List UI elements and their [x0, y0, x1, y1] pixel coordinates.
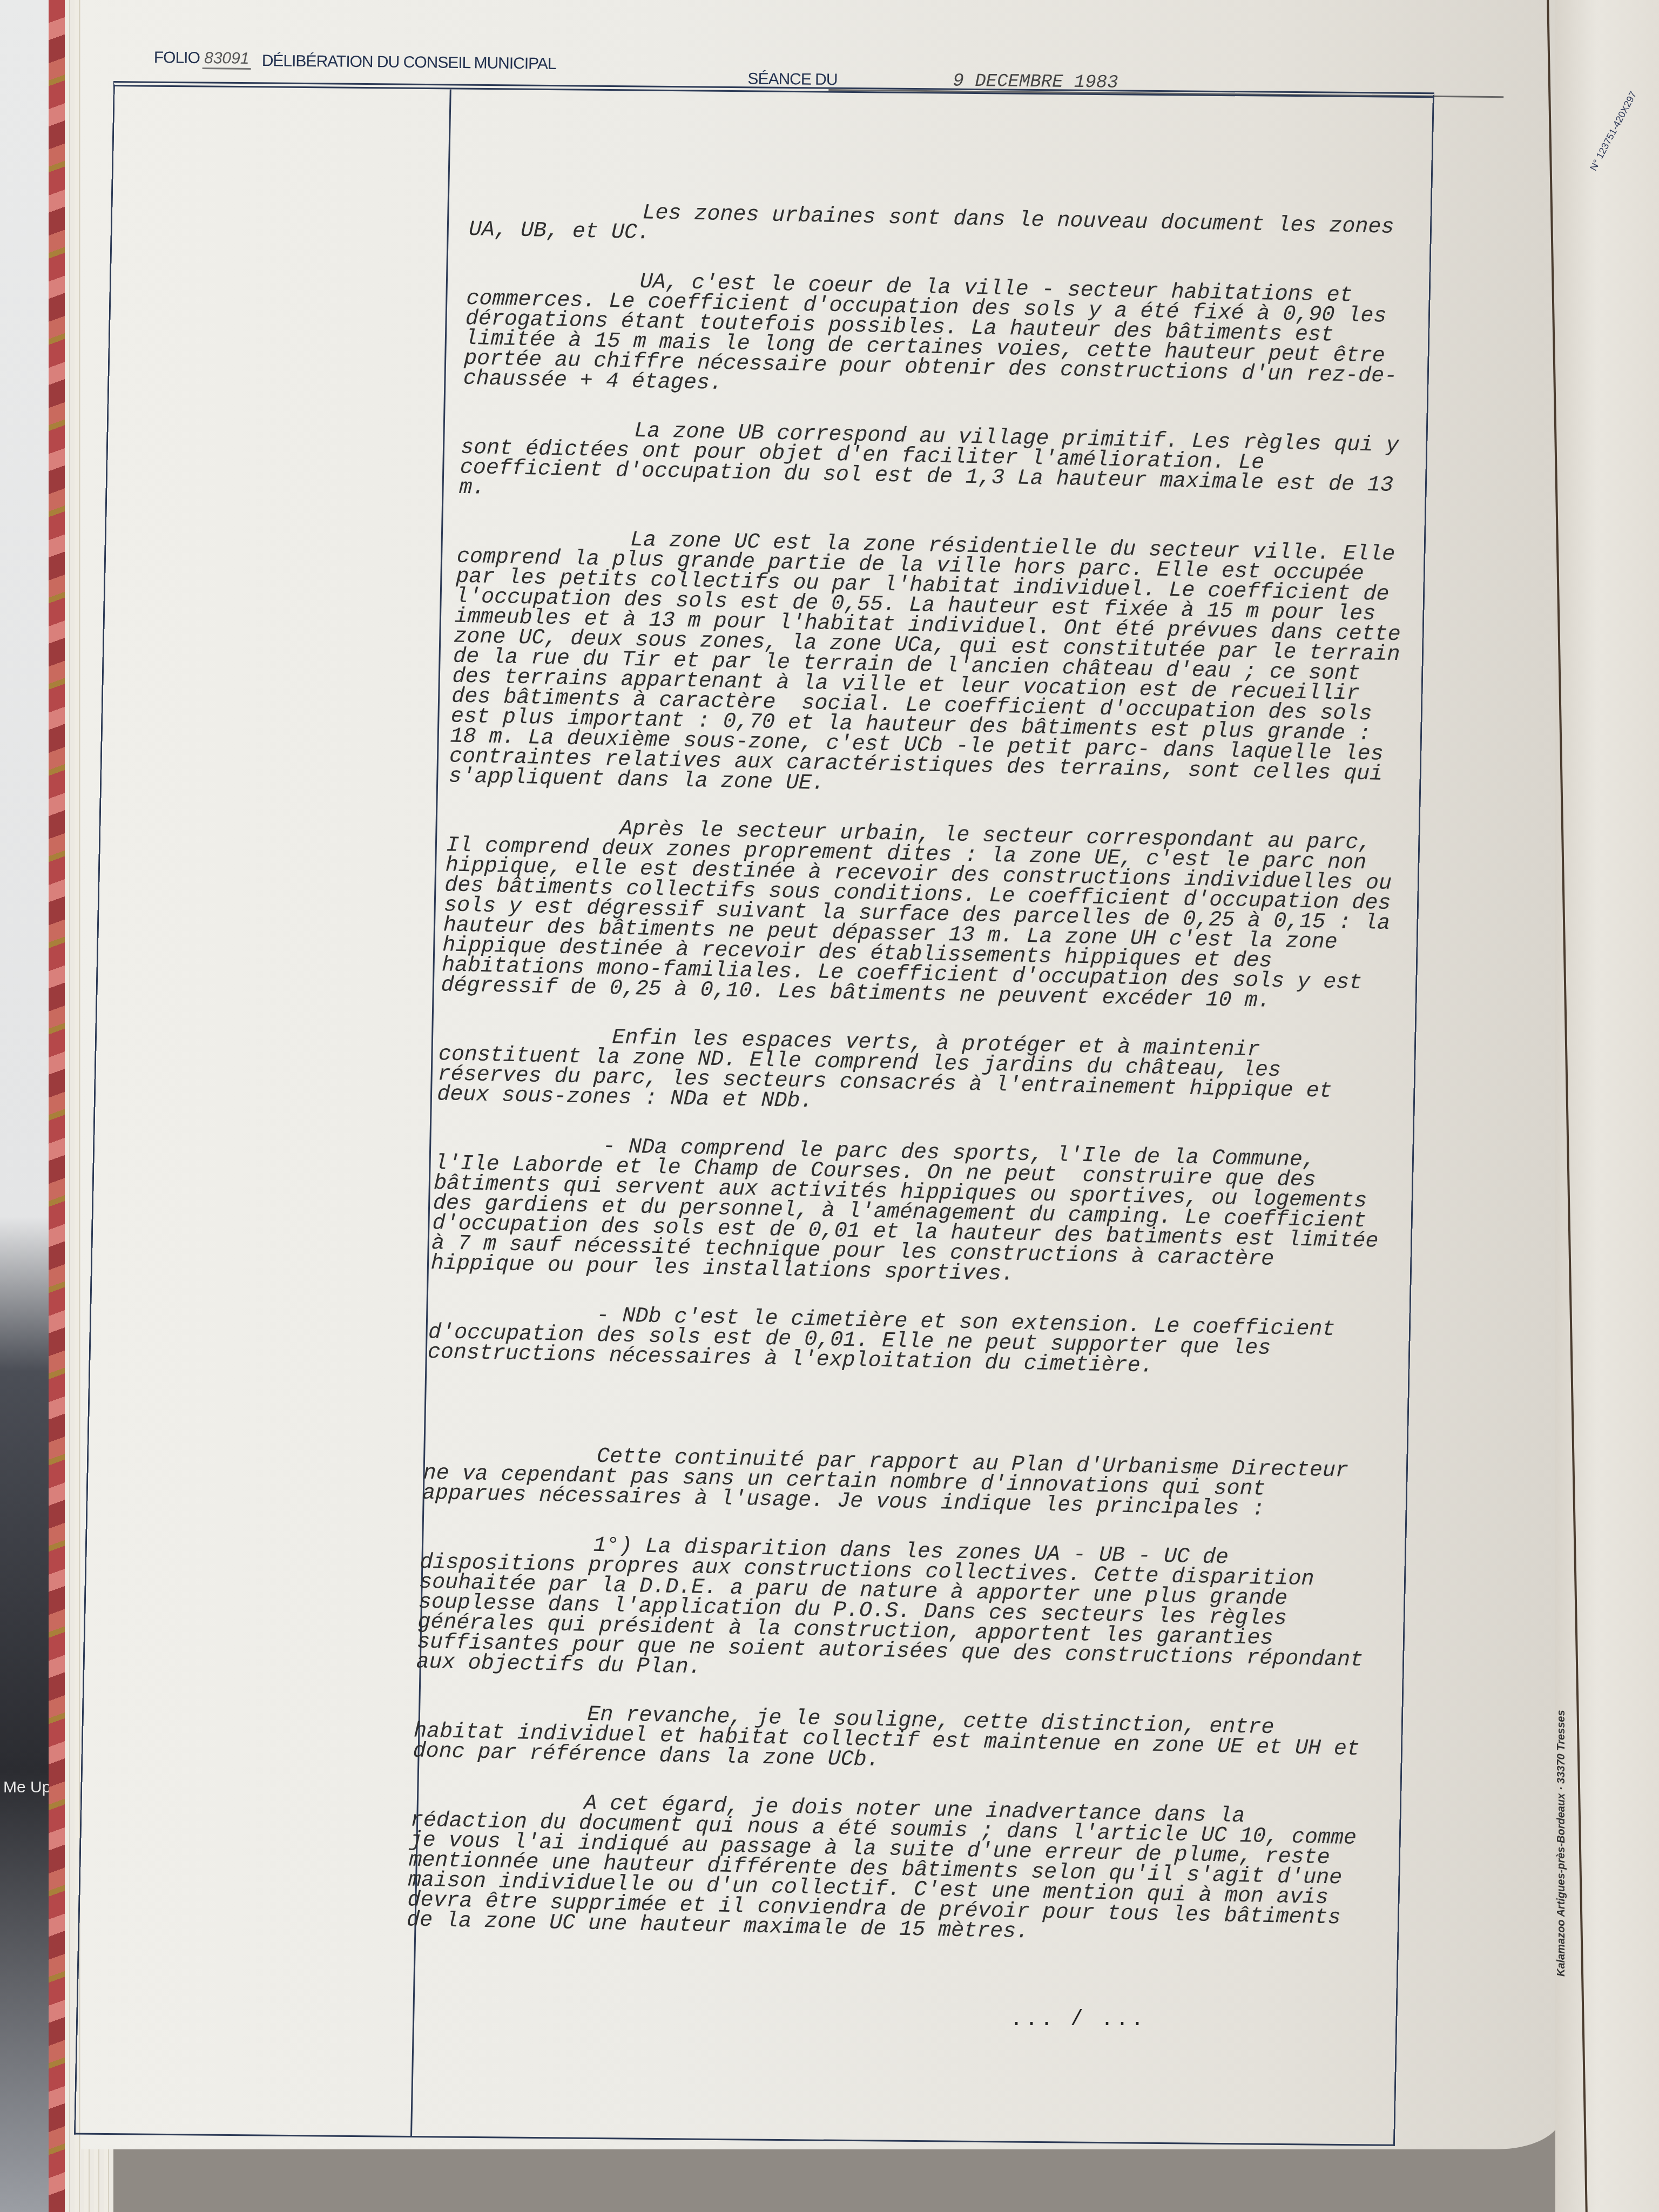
device-label: Me Up [3, 1777, 51, 1798]
paragraph-innovation-1: 1°) La disparition dans les zones UA - U… [416, 1533, 1377, 1691]
document-title: DÉLIBÉRATION DU CONSEIL MUNICIPAL [262, 52, 556, 73]
paragraph-inadvertance: A cet égard, je dois noter une inadverta… [407, 1790, 1367, 1948]
paragraph-continuity: Cette continuité par rapport au Plan d'U… [422, 1444, 1380, 1522]
paragraph-zone-ub: La zone UB correspond au village primiti… [459, 418, 1418, 516]
paragraph-subzone-ndb: - NDb c'est le cimetière et son extensio… [427, 1303, 1385, 1381]
paragraph-zone-ua: UA, c'est le coeur de la ville - secteur… [463, 269, 1423, 407]
paragraph-en-revanche: En revanche, je le souligne, cette disti… [413, 1702, 1371, 1780]
paragraph-park-sector: Après le secteur urbain, le secteur corr… [441, 815, 1403, 1014]
paragraph-zone-nd: Enfin les espaces verts, à protéger et à… [437, 1024, 1395, 1123]
continuation-mark: ... / ... [1010, 2008, 1146, 2032]
folio-number: 83091 [203, 49, 251, 70]
printer-imprint: Kalamazoo Artigues-près-Bordeaux · 33370… [1555, 1710, 1568, 1977]
paragraph-zone-uc: La zone UC est la zone résidentielle du … [448, 527, 1413, 805]
folio-label: FOLIO [154, 49, 200, 68]
deliberation-body: Les zones urbaines sont dans le nouveau … [406, 200, 1426, 1978]
page-reference-stamp: N° 123751-420X297 [1588, 90, 1639, 173]
facing-page-edge: N° 123751-420X297 Kalamazoo Artigues-prè… [1555, 0, 1659, 2212]
paragraph-subzone-nda: - NDa comprend le parc des sports, l'Ile… [430, 1134, 1391, 1292]
margin-column [76, 86, 451, 2136]
